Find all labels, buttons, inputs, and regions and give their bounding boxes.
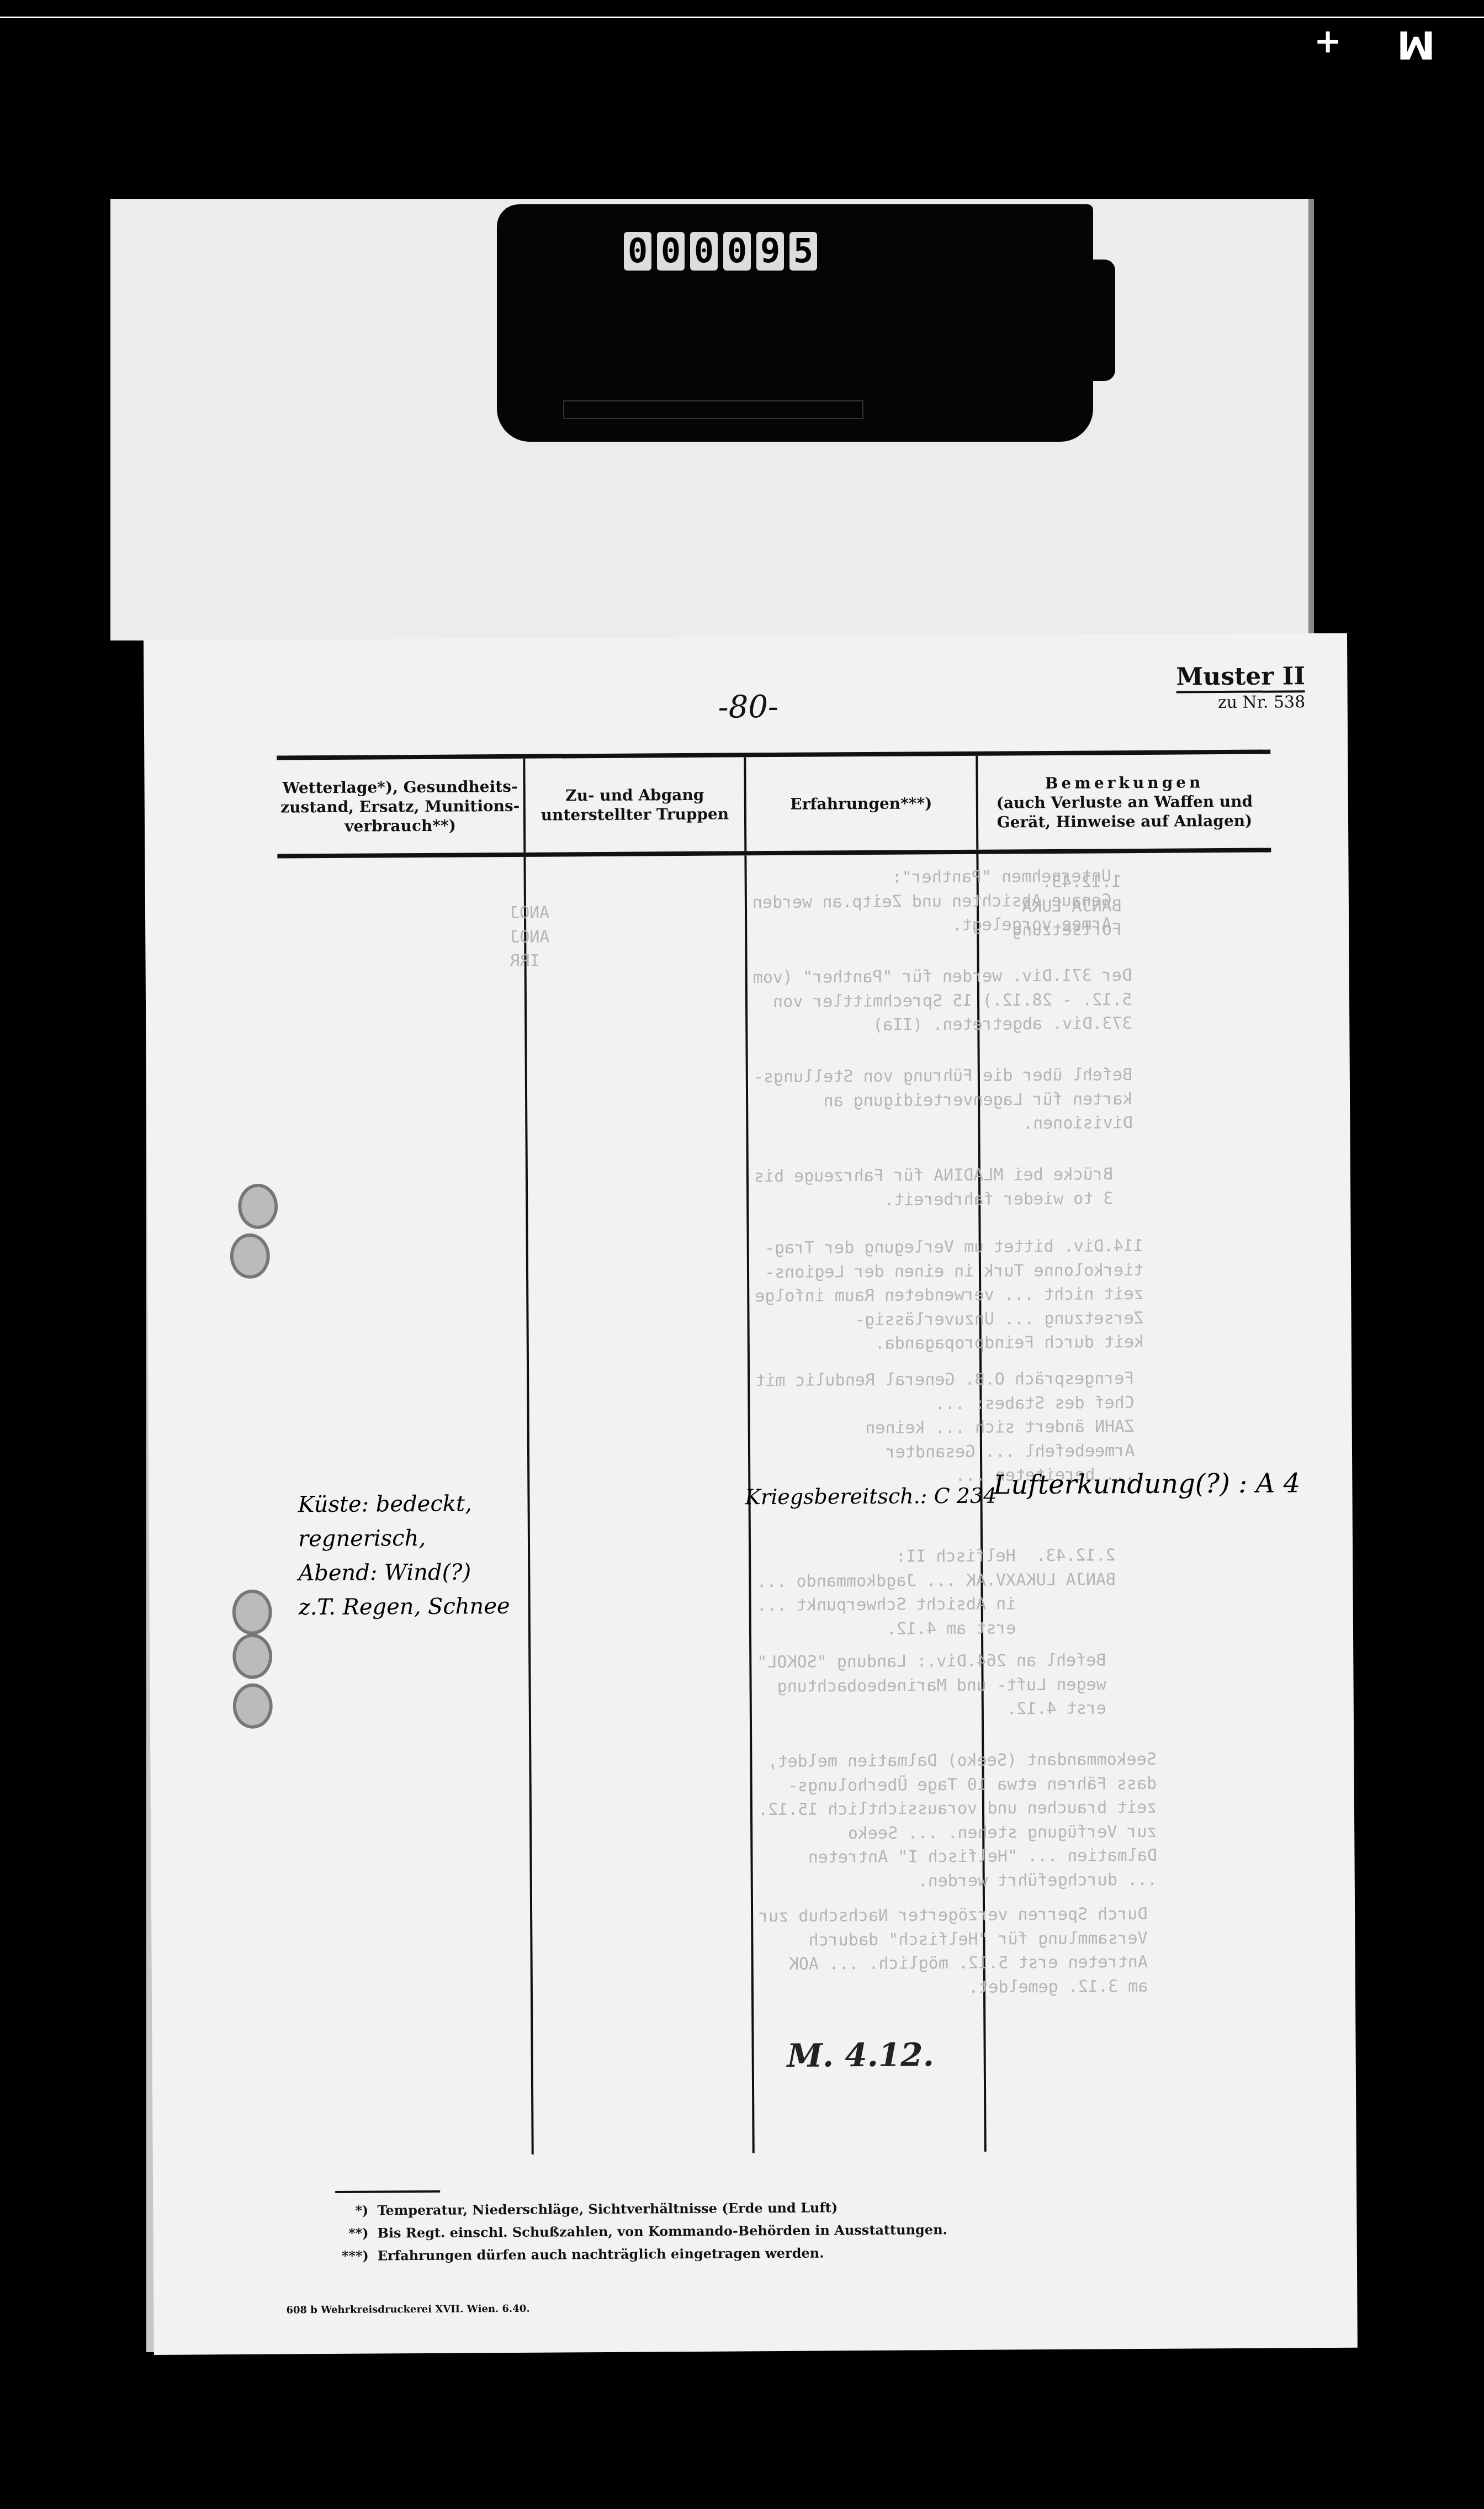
page-number: -80-	[718, 689, 779, 726]
header-line: Gerät, Hinweise auf Anlagen)	[997, 811, 1253, 831]
bleed-through-text: 2.12.43. BANJA LUKA	[1016, 1543, 1116, 1592]
frame-counter-knob	[1016, 260, 1115, 381]
punch-hole	[232, 1590, 272, 1635]
footnotes: *)Temperatur, Niederschläge, Sichtverhäl…	[335, 2187, 947, 2267]
header-line: Erfahrungen***)	[790, 793, 932, 814]
film-letter-mark: M	[1397, 22, 1435, 67]
counter-digit: 0	[657, 232, 685, 271]
counter-digit: 0	[723, 232, 751, 271]
counter-digit: 9	[756, 232, 784, 271]
column-header-weather: Wetterlage*), Gesundheits- zustand, Ersa…	[277, 759, 526, 854]
handwritten-initials-date: M. 4.12.	[787, 2036, 934, 2074]
footnote-text: Erfahrungen dürfen auch nachträglich ein…	[378, 2245, 824, 2263]
column-header-experiences: Erfahrungen***)	[746, 756, 978, 851]
counter-digit: 0	[624, 232, 651, 271]
handwritten-line: z.T. Regen, Schnee	[299, 1589, 510, 1624]
header-line: Wetterlage*), Gesundheits-	[283, 777, 518, 797]
column-header-remarks: Bemerkungen (auch Verluste an Waffen und…	[978, 754, 1271, 850]
counter-digit: 5	[789, 232, 817, 271]
war-diary-table: Wetterlage*), Gesundheits- zustand, Ersa…	[277, 750, 1279, 2156]
header-line: (auch Verluste an Waffen und	[996, 792, 1253, 812]
frame-counter-digits: 0 0 0 0 9 5	[624, 232, 817, 271]
bleed-through-text: 1.12.43. BANJA LUKA Fortsetzung	[1012, 870, 1122, 943]
table-header-row: Wetterlage*), Gesundheits- zustand, Ersa…	[277, 754, 1271, 854]
header-line: zustand, Ersatz, Munitions-	[280, 796, 520, 816]
column-header-troops: Zu- und Abgang unterstellter Truppen	[525, 757, 746, 852]
header-line: Bemerkungen	[996, 772, 1253, 793]
cell-remarks: 1.12.43. BANJA LUKA Fortsetzung 2.12.43.…	[978, 853, 1279, 2152]
footnote-text: Bis Regt. einschl. Schußzahlen, von Komm…	[378, 2221, 947, 2241]
frame-counter-slot	[563, 400, 863, 419]
bleed-through-text: Helfisch II: XV.AK ... Jagdkommando ... …	[756, 1544, 1016, 1642]
footnote-text: Temperatur, Niederschläge, Sichtverhältn…	[377, 2199, 838, 2218]
punch-hole	[238, 1184, 278, 1229]
form-label-title: Muster II	[1176, 662, 1305, 693]
footnote-mark: *)	[335, 2200, 368, 2222]
cell-experiences: Unternehmen "Panther": Genaue Absichten …	[746, 854, 986, 2153]
footnote-2: **)Bis Regt. einschl. Schußzahlen, von K…	[336, 2219, 948, 2245]
handwritten-readiness-note: Kriegsbereitsch.: C 234	[745, 1484, 997, 1510]
handwritten-line: Küste: bedeckt,	[298, 1486, 509, 1522]
cell-weather: Küste: bedeckt, regnerisch, Abend: Wind(…	[277, 857, 533, 2156]
header-line: verbrauch**)	[344, 816, 456, 835]
footnote-1: *)Temperatur, Niederschläge, Sichtverhäl…	[335, 2196, 947, 2222]
form-label: Muster II zu Nr. 538	[1176, 662, 1305, 712]
punch-hole	[230, 1234, 270, 1279]
footnote-mark: ***)	[336, 2245, 369, 2267]
footnote-rule	[335, 2190, 440, 2193]
document-sheet: -80- Muster II zu Nr. 538 Wetterlage*), …	[144, 633, 1358, 2355]
film-plus-mark: +	[1314, 22, 1342, 61]
form-label-subtitle: zu Nr. 538	[1176, 692, 1306, 712]
handwritten-weather-note: Küste: bedeckt, regnerisch, Abend: Wind(…	[298, 1486, 510, 1624]
handwritten-line: regnerisch,	[298, 1521, 510, 1556]
printer-imprint: 608 b Wehrkreisdruckerei XVII. Wien. 6.4…	[286, 2303, 529, 2316]
bleed-through-text: ANOJ ANOJ IRR	[510, 901, 550, 973]
header-line: Zu- und Abgang	[565, 786, 704, 805]
cell-troops: ANOJ ANOJ IRR	[526, 855, 754, 2154]
counter-digit: 0	[690, 232, 718, 271]
underlying-sheet-edge	[1308, 199, 1314, 641]
film-edge-line	[0, 17, 1484, 18]
table-body-row: Küste: bedeckt, regnerisch, Abend: Wind(…	[277, 853, 1279, 2156]
handwritten-line: Abend: Wind(?)	[298, 1555, 510, 1590]
footnote-mark: **)	[336, 2222, 369, 2245]
punch-hole	[233, 1684, 273, 1729]
footnote-3: ***)Erfahrungen dürfen auch nachträglich…	[336, 2241, 948, 2268]
punch-hole	[232, 1634, 272, 1679]
header-line: unterstellter Truppen	[541, 805, 729, 824]
handwritten-remark: Lufterkundung(?) : A 4	[993, 1468, 1300, 1500]
